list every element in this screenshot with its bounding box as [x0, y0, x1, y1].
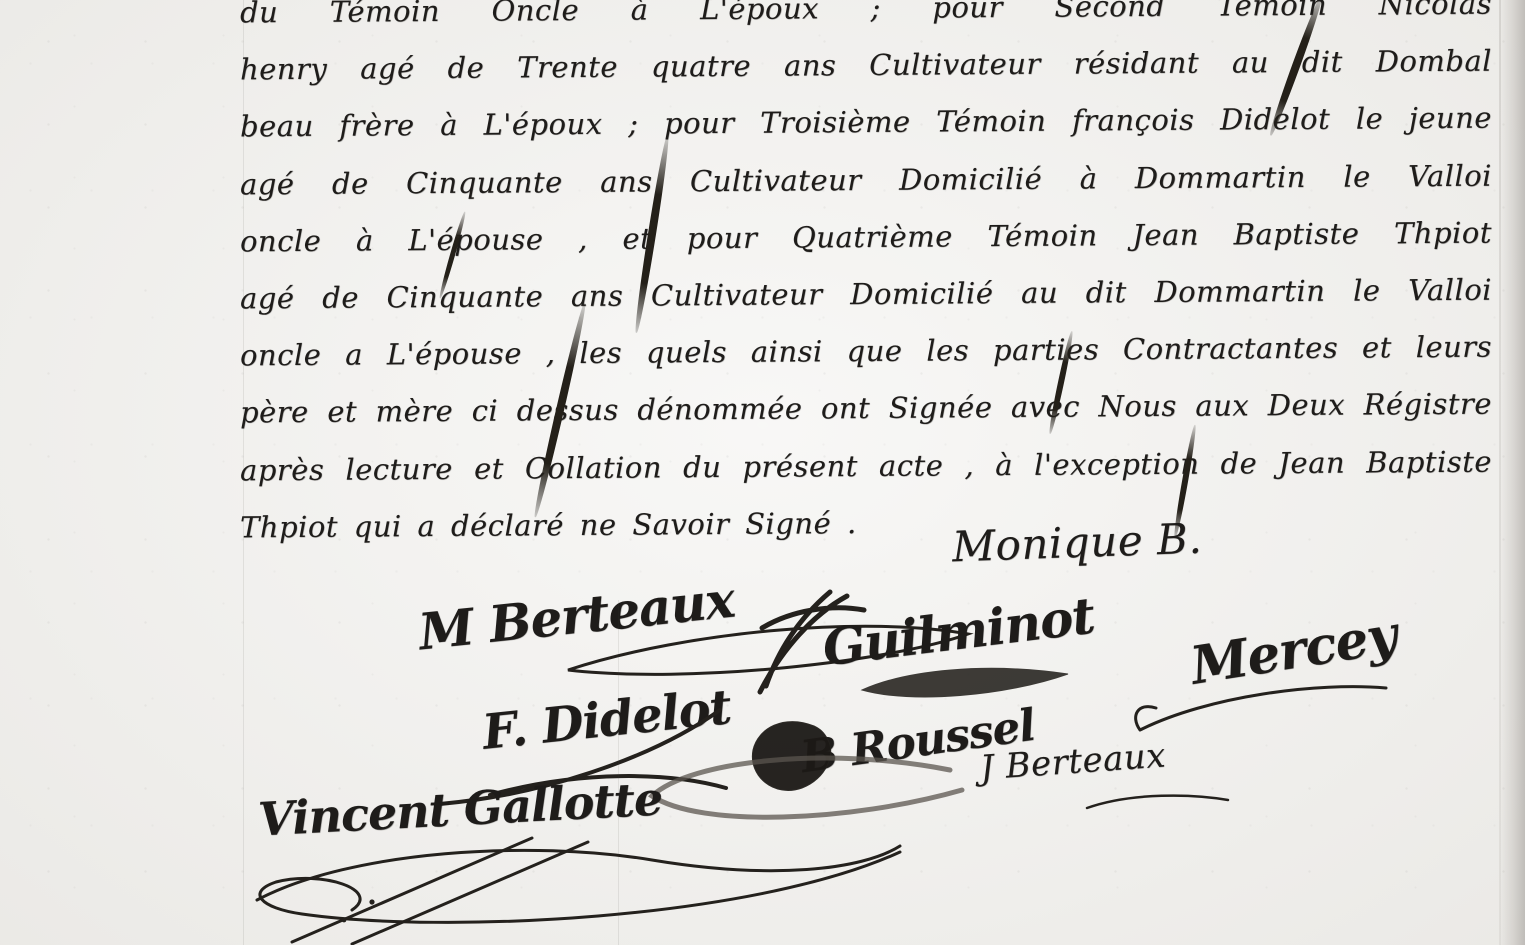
page-edge-shadow: [1499, 0, 1525, 945]
manuscript-line-5: oncle à L'épouse , et pour Quatrième Tém…: [240, 204, 1492, 270]
guilminot-ink-smear: [856, 660, 1076, 708]
manuscript-line-6: agé de Cinquante ans Cultivateur Domicil…: [240, 262, 1492, 328]
pen-path: [652, 758, 962, 817]
center-fold-crease: [618, 600, 619, 945]
gallotte-paraph-flourish: [232, 832, 922, 944]
mercey-underline-flourish: [1128, 672, 1398, 742]
manuscript-text-block: du Témoin Oncle à L'époux ; pour Second …: [240, 0, 1492, 552]
left-margin-crease: [243, 0, 244, 945]
ink-dot: [369, 899, 374, 904]
manuscript-line-8: père et mère ci dessus dénommée ont Sign…: [240, 376, 1492, 442]
manuscript-line-10: Thpiot qui a déclaré ne Savoir Signé .: [240, 490, 1492, 556]
pen-path: [260, 852, 900, 922]
pen-path: [292, 838, 532, 942]
scanned-document-page: du Témoin Oncle à L'époux ; pour Second …: [0, 0, 1525, 945]
ink-dot: [342, 918, 347, 923]
berteaux-j-underline: [1082, 786, 1232, 816]
pen-path: [1136, 687, 1386, 730]
pen-path: [352, 842, 588, 944]
manuscript-line-3: beau frère à L'époux ; pour Troisième Té…: [240, 90, 1492, 156]
guilminot-monogram-flourish: [752, 588, 872, 698]
manuscript-line-9: après lecture et Collation du présent ac…: [240, 433, 1492, 499]
pen-path: [257, 846, 900, 900]
pen-path: [862, 668, 1068, 697]
manuscript-line-7: oncle a L'épouse , les quels ainsi que l…: [240, 319, 1492, 385]
pen-path: [760, 592, 864, 692]
manuscript-line-4: agé de Cinquante ans Cultivateur Domicil…: [240, 147, 1492, 213]
pen-path: [1087, 796, 1228, 808]
roussel-loop-flourish: [640, 752, 970, 842]
signature-monique: Monique B.: [951, 514, 1203, 572]
